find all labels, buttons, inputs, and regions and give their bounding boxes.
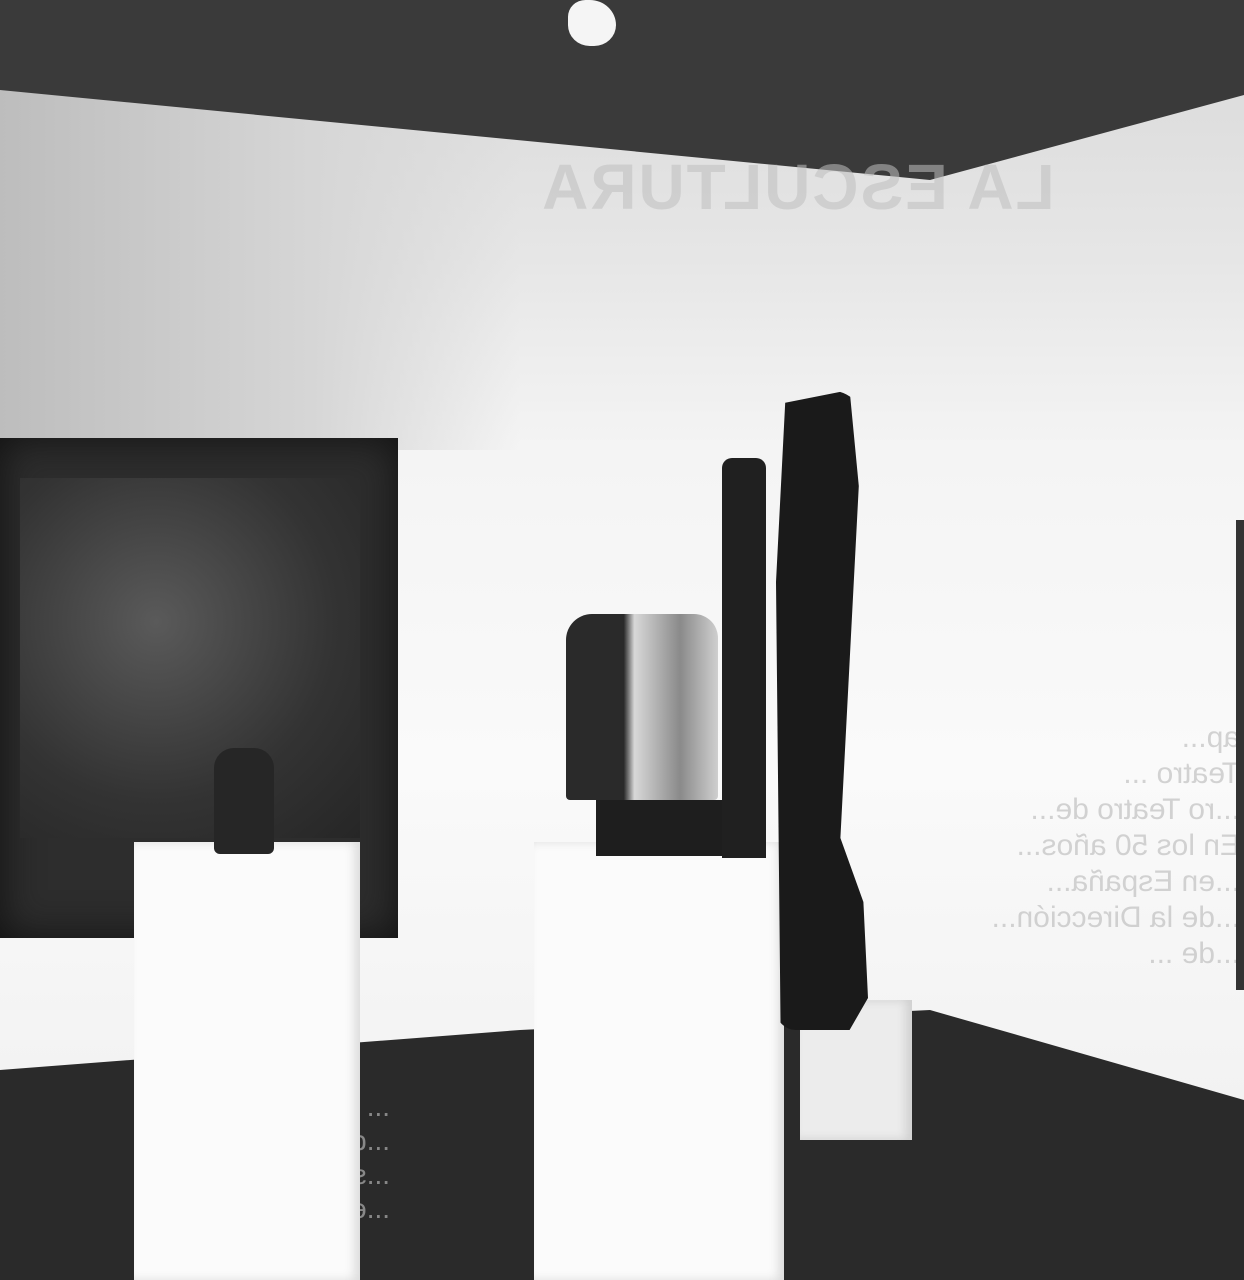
gallery-photo: LA ESCULTURA ap... Teatro ... ...ro Teat… [0,0,1244,1280]
doorway-edge [1236,520,1244,990]
pedestal-left [134,842,360,1280]
tall-standing-sculpture [776,390,868,1030]
small-sculpture [214,748,274,854]
pedestal-center [534,842,784,1280]
stone-block-sculpture [566,614,718,800]
sculpture-base [596,800,736,856]
painting-canvas [20,478,360,838]
wall-text-right: ap... Teatro ... ...ro Teatro de... En l… [940,720,1240,972]
wall-heading: LA ESCULTURA [540,150,1055,224]
column-sculpture [722,458,766,858]
left-wall [0,90,520,450]
ceiling-light-icon [568,0,616,46]
